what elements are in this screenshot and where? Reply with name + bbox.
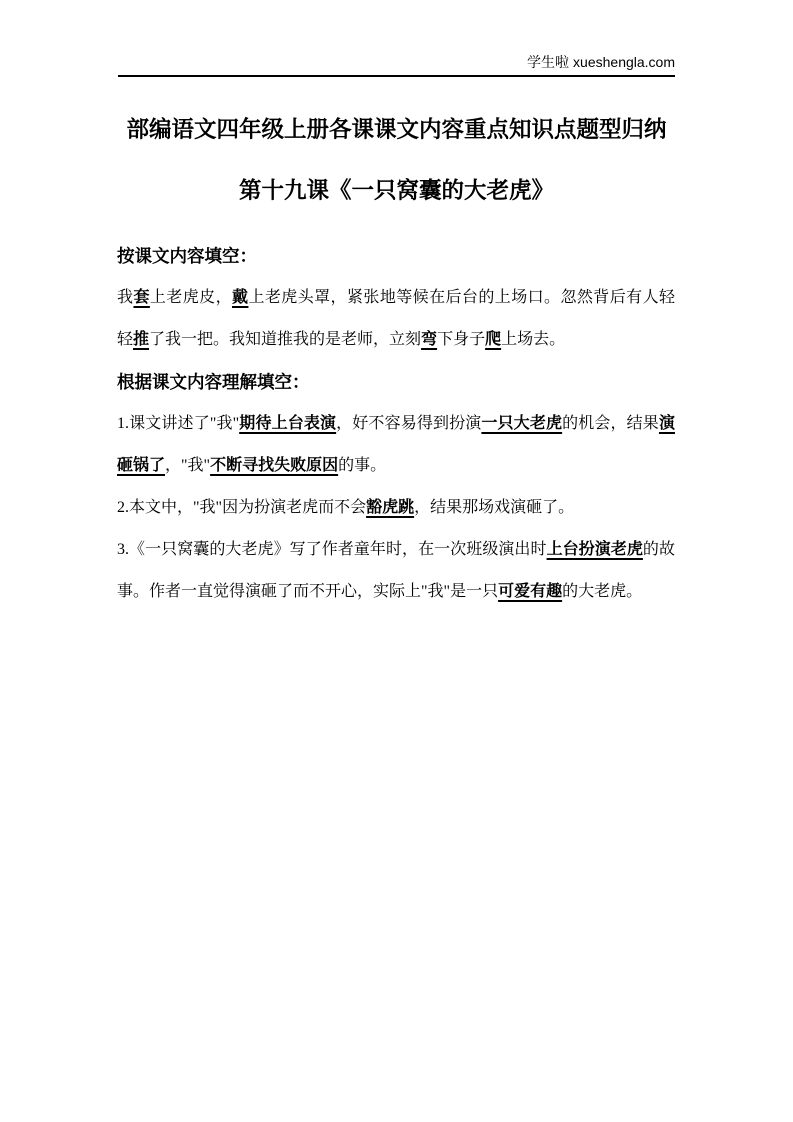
- answer-blank-text: 豁虎跳: [366, 499, 414, 516]
- text-run: 按课文内容填空：: [117, 246, 257, 266]
- text-run: 下身子: [437, 331, 485, 348]
- document-title: 部编语文四年级上册各课课文内容重点知识点题型归纳: [118, 113, 675, 147]
- text-run: 2.本文中，"我"因为扮演老虎而不会: [117, 499, 366, 516]
- document-body: 按课文内容填空：我套上老虎皮，戴上老虎头罩，紧张地等候在后台的上场口。忽然背后有…: [117, 235, 675, 613]
- lesson-title: 第十九课《一只窝囊的大老虎》: [118, 174, 675, 208]
- site-watermark-name: 学生啦: [527, 54, 569, 70]
- text-run: 1.课文讲述了"我": [117, 415, 239, 432]
- body-paragraph: 3.《一只窝囊的大老虎》写了作者童年时，在一次班级演出时上台扮演老虎的故事。作者…: [117, 529, 675, 613]
- text-run: 的大老虎。: [562, 583, 642, 600]
- section-heading: 根据课文内容理解填空：: [117, 361, 675, 403]
- answer-blank-text: 弯: [421, 331, 437, 348]
- text-run: ，结果那场戏演砸了。: [414, 499, 574, 516]
- text-run: 3.《一只窝囊的大老虎》写了作者童年时，在一次班级演出时: [117, 541, 547, 558]
- answer-blank-text: 不断寻找失败原因: [210, 457, 338, 474]
- text-run: 上场去。: [501, 331, 565, 348]
- answer-blank-text: 戴: [232, 289, 248, 306]
- text-run: 我: [117, 289, 133, 306]
- section-heading: 按课文内容填空：: [117, 235, 675, 277]
- body-paragraph: 我套上老虎皮，戴上老虎头罩，紧张地等候在后台的上场口。忽然背后有人轻轻推了我一把…: [117, 277, 675, 361]
- text-run: 的事。: [338, 457, 386, 474]
- text-run: 的机会，结果: [562, 415, 659, 432]
- body-paragraph: 2.本文中，"我"因为扮演老虎而不会豁虎跳，结果那场戏演砸了。: [117, 487, 675, 529]
- text-run: 根据课文内容理解填空：: [117, 372, 310, 392]
- text-run: 上老虎皮，: [150, 289, 232, 306]
- answer-blank-text: 上台扮演老虎: [547, 541, 643, 558]
- answer-blank-text: 一只大老虎: [481, 415, 562, 432]
- answer-blank-text: 套: [133, 289, 149, 306]
- text-run: ，好不容易得到扮演: [336, 415, 481, 432]
- document-page: 学生啦xueshengla.com 部编语文四年级上册各课课文内容重点知识点题型…: [0, 0, 793, 1122]
- answer-blank-text: 推: [133, 331, 149, 348]
- answer-blank-text: 爬: [485, 331, 501, 348]
- page-header: 学生啦xueshengla.com: [118, 0, 675, 77]
- answer-blank-text: 可爱有趣: [498, 583, 562, 600]
- answer-blank-text: 期待上台表演: [239, 415, 336, 432]
- text-run: ，"我": [165, 457, 210, 474]
- text-run: 了我一把。我知道推我的是老师，立刻: [149, 331, 421, 348]
- body-paragraph: 1.课文讲述了"我"期待上台表演，好不容易得到扮演一只大老虎的机会，结果演砸锅了…: [117, 403, 675, 487]
- site-watermark-domain: xueshengla.com: [573, 54, 675, 70]
